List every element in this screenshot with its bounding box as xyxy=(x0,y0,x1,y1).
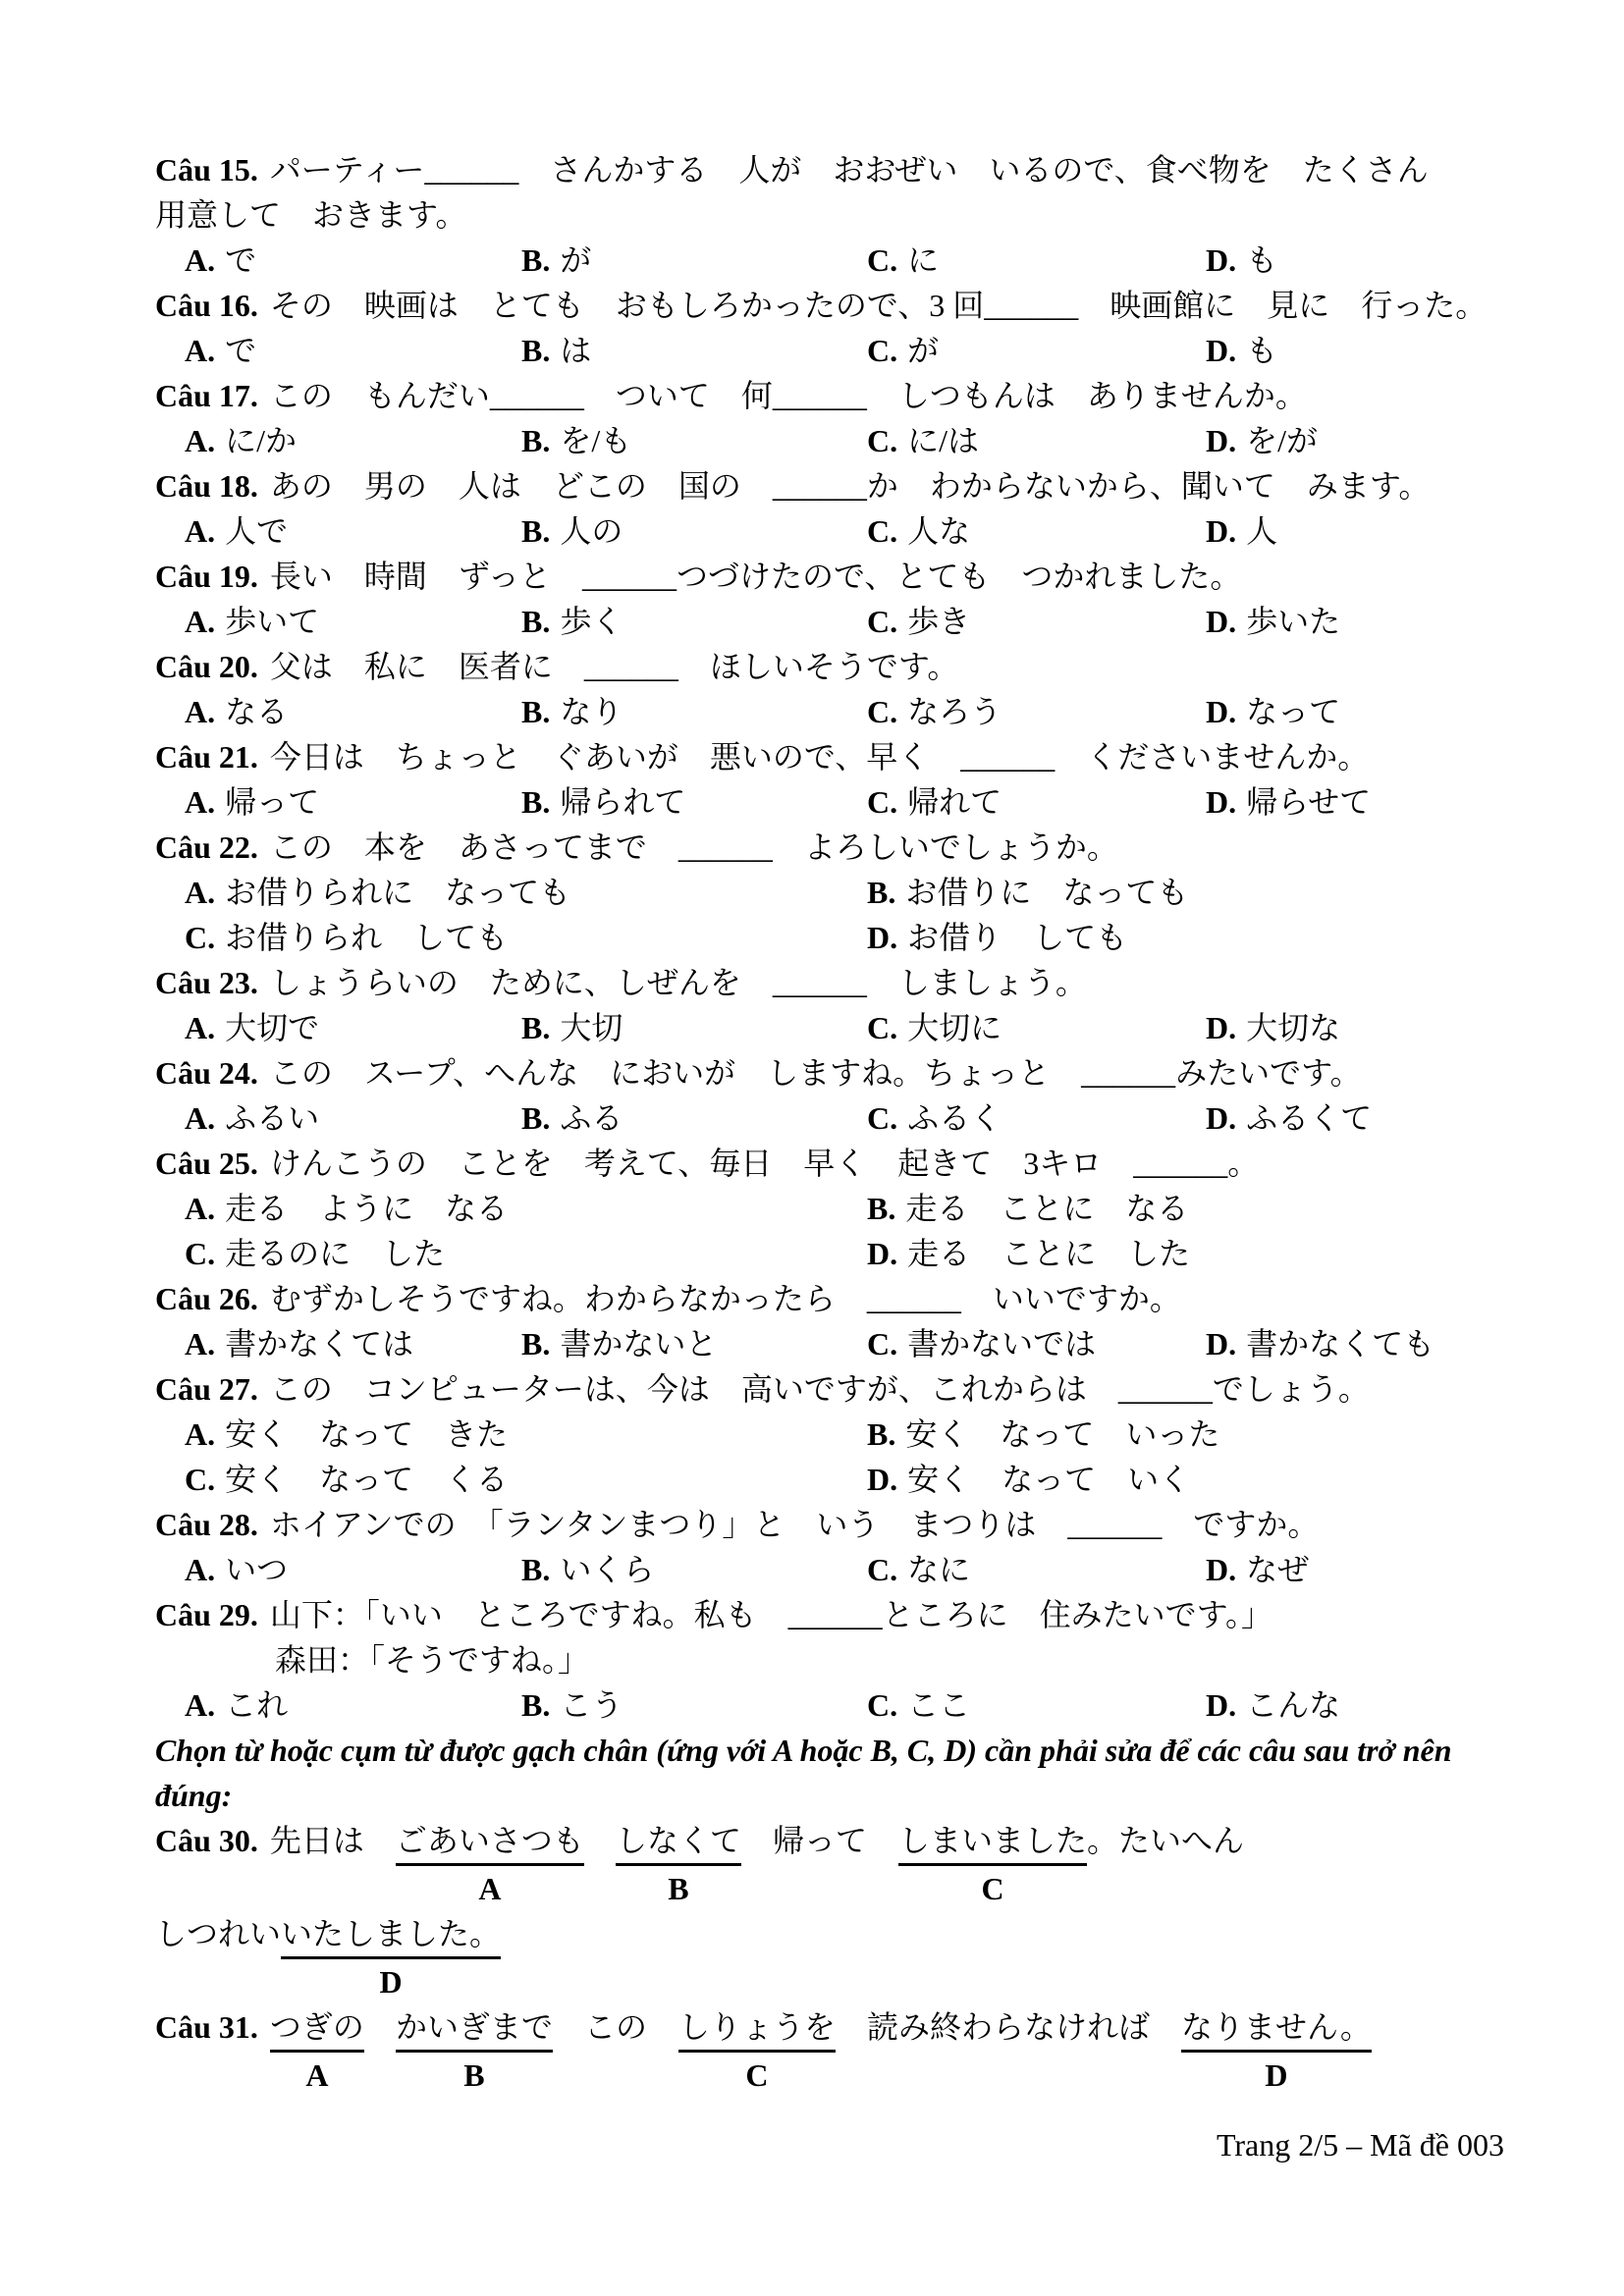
question-number: Câu 23. xyxy=(155,965,258,1000)
option-b: B.書かないと xyxy=(521,1321,867,1366)
option-letter: C. xyxy=(867,1687,897,1723)
sentence-segment: この xyxy=(553,2004,678,2095)
segment-text: いたしました。 xyxy=(281,1911,501,1959)
question-line: 森田：「そうですね。」 xyxy=(155,1637,1549,1682)
sentence-segment: しつれい xyxy=(155,1911,281,2002)
option-letter: A. xyxy=(185,694,215,729)
option-letter: D. xyxy=(867,1236,897,1271)
question-number: Câu 27. xyxy=(155,1371,258,1407)
underlined-segment: しまいましたC xyxy=(898,1818,1087,1911)
question-line: Câu 17.この もんだい______ ついて 何______ しつもんは あ… xyxy=(155,373,1549,418)
option-text: お借りられ しても xyxy=(225,920,508,955)
option-letter: C. xyxy=(867,513,897,549)
option-letter: C. xyxy=(185,1236,215,1271)
option-text: いつ xyxy=(225,1552,288,1587)
option-text: ふるく xyxy=(907,1100,1001,1136)
option-c: C.に/は xyxy=(867,418,1206,463)
option-text: 大切に xyxy=(907,1010,1001,1045)
instruction-line: đúng: xyxy=(155,1773,1549,1818)
question-27: Câu 27.この コンピューターは、今は 高いですが、これからは ______… xyxy=(155,1366,1549,1502)
option-a: A.走る ように なる xyxy=(185,1186,867,1231)
option-letter: B. xyxy=(867,875,895,910)
underline-letter: D xyxy=(281,1959,501,2004)
option-d: D.書かなくても xyxy=(1206,1321,1549,1366)
question-number: Câu 29. xyxy=(155,1597,258,1632)
question-19: Câu 19.長い 時間 ずっと ______つづけたので、とても つかれました… xyxy=(155,554,1549,644)
options-row: A.書かなくてはB.書かないとC.書かないではD.書かなくても xyxy=(155,1321,1549,1366)
question-28: Câu 28.ホイアンでの 「ランタンまつり」と いう まつりは ______ … xyxy=(155,1502,1549,1592)
segment-text: 帰って xyxy=(741,1818,898,1863)
question-number: Câu 28. xyxy=(155,1507,258,1542)
option-a: A.ふるい xyxy=(185,1095,521,1141)
question-line: Câu 21.今日は ちょっと ぐあいが 悪いので、早く ______ ください… xyxy=(155,734,1549,779)
question-23: Câu 23.しょうらいの ために、しぜんを ______ しましょう。A.大切… xyxy=(155,960,1549,1050)
question-number: Câu 17. xyxy=(155,378,258,413)
option-text: なに xyxy=(907,1552,970,1587)
question-line: Câu 20.父は 私に 医者に ______ ほしいそうです。 xyxy=(155,644,1549,689)
option-letter: D. xyxy=(867,1462,897,1497)
question-text: この スープ、へんな においが しますね。ちょっと ______みたいです。 xyxy=(270,1055,1362,1091)
letter-spacer xyxy=(1087,1863,1244,1908)
question-number: Câu 24. xyxy=(155,1055,258,1091)
options-row: A.お借りられに なってもB.お借りに なっても xyxy=(155,870,1549,915)
question-line: Câu 30. 先日は ごあいさつもA しなくてB 帰って しまいましたC。たい… xyxy=(155,1818,1549,1911)
option-letter: A. xyxy=(185,513,215,549)
options-row: A.なるB.なりC.なろうD.なって xyxy=(155,689,1549,734)
underline-letter: D xyxy=(1181,2053,1372,2098)
option-c: C.安く なって くる xyxy=(185,1457,867,1502)
question-text: 用意して おきます。 xyxy=(155,197,466,233)
question-16: Câu 16.その 映画は とても おもしろかったので、3 回______ 映画… xyxy=(155,283,1549,373)
option-text: ふるい xyxy=(225,1100,319,1136)
segment-text: 先日は xyxy=(270,1818,396,1863)
options-row: A.いつB.いくらC.なにD.なぜ xyxy=(155,1547,1549,1592)
segment-text: しなくて xyxy=(616,1818,741,1866)
option-text: 歩き xyxy=(907,604,970,639)
option-a: A.で xyxy=(185,238,521,283)
underlined-segment: ごあいさつもA xyxy=(396,1818,584,1911)
option-a: A.人で xyxy=(185,508,521,554)
option-letter: A. xyxy=(185,1326,215,1362)
option-letter: B. xyxy=(521,1100,550,1136)
exam-page: Câu 15.パーティー______ さんかする 人が おおぜい いるので、食べ… xyxy=(0,0,1624,2296)
option-letter: A. xyxy=(185,333,215,368)
option-letter: A. xyxy=(185,242,215,278)
question-number: Câu 15. xyxy=(155,152,258,187)
option-d: D.ふるくて xyxy=(1206,1095,1549,1141)
option-c: C.帰れて xyxy=(867,779,1206,825)
option-text: も xyxy=(1246,242,1277,278)
option-c: C.書かないでは xyxy=(867,1321,1206,1366)
option-a: A.書かなくては xyxy=(185,1321,521,1366)
option-a: A.安く なって きた xyxy=(185,1412,867,1457)
option-b: B.歩く xyxy=(521,599,867,644)
question-line: Câu 31. つぎのA かいぎまでB この しりょうをC 読み終わらなければ … xyxy=(155,2004,1549,2098)
question-text: 父は 私に 医者に ______ ほしいそうです。 xyxy=(270,649,958,684)
options-row: A.安く なって きたB.安く なって いった xyxy=(155,1412,1549,1457)
option-letter: A. xyxy=(185,1687,215,1723)
option-letter: D. xyxy=(1206,242,1236,278)
sentence-segment: 。たいへん xyxy=(1087,1818,1244,1908)
question-line: Câu 27.この コンピューターは、今は 高いですが、これからは ______… xyxy=(155,1366,1549,1412)
option-text: ふるくて xyxy=(1246,1100,1372,1136)
option-text: 走るのに した xyxy=(225,1236,445,1271)
option-text: お借り しても xyxy=(907,920,1127,955)
question-number: Câu 21. xyxy=(155,739,258,774)
option-text: 走る ことに した xyxy=(907,1236,1190,1271)
letter-spacer xyxy=(364,2050,396,2095)
underlined-segment: つぎのA xyxy=(270,2004,364,2098)
option-letter: D. xyxy=(1206,423,1236,458)
option-text: 安く なって くる xyxy=(225,1462,508,1497)
option-letter: A. xyxy=(185,423,215,458)
option-text: が xyxy=(907,333,939,368)
options-row: C.お借りられ してもD.お借り しても xyxy=(155,915,1549,960)
option-letter: B. xyxy=(521,513,550,549)
option-a: A.大切で xyxy=(185,1005,521,1050)
question-label-segment: Câu 31. xyxy=(155,2004,270,2095)
option-text: で xyxy=(225,333,256,368)
question-29: Câu 29.山下：「いい ところですね。私も ______ところに 住みたいで… xyxy=(155,1592,1549,1728)
option-text: 人 xyxy=(1246,513,1277,549)
question-20: Câu 20.父は 私に 医者に ______ ほしいそうです。A.なるB.なり… xyxy=(155,644,1549,734)
underline-letter: B xyxy=(396,2053,553,2098)
question-line: 用意して おきます。 xyxy=(155,192,1549,238)
option-c: C.なに xyxy=(867,1547,1206,1592)
question-label-segment: Câu 30. xyxy=(155,1818,270,1908)
option-d: D.大切な xyxy=(1206,1005,1549,1050)
option-letter: D. xyxy=(1206,1687,1236,1723)
option-text: お借りられに なっても xyxy=(225,875,570,910)
option-text: 安く なって いく xyxy=(907,1462,1190,1497)
option-text: 走る ように なる xyxy=(225,1191,508,1226)
question-line: Câu 24.この スープ、へんな においが しますね。ちょっと ______み… xyxy=(155,1050,1549,1095)
option-text: 大切な xyxy=(1246,1010,1340,1045)
option-letter: D. xyxy=(1206,784,1236,820)
option-text: に/か xyxy=(225,423,297,458)
option-text: 安く なって いった xyxy=(905,1416,1219,1452)
options-row: A.大切でB.大切C.大切にD.大切な xyxy=(155,1005,1549,1050)
segment-text xyxy=(584,1818,616,1863)
option-letter: B. xyxy=(521,1010,550,1045)
option-b: B.大切 xyxy=(521,1005,867,1050)
letter-spacer xyxy=(584,1863,616,1908)
segment-text: かいぎまで xyxy=(396,2004,553,2053)
question-line: Câu 19.長い 時間 ずっと ______つづけたので、とても つかれました… xyxy=(155,554,1549,599)
option-text: こんな xyxy=(1246,1687,1340,1723)
option-b: B.が xyxy=(521,238,867,283)
option-text: 帰られて xyxy=(560,784,685,820)
option-a: A.帰って xyxy=(185,779,521,825)
option-text: に/は xyxy=(907,423,979,458)
option-text: 歩いた xyxy=(1246,604,1340,639)
option-text: 大切 xyxy=(560,1010,623,1045)
instruction-line: Chọn từ hoặc cụm từ được gạch chân (ứng … xyxy=(155,1728,1549,1773)
segment-text: 読み終わらなければ xyxy=(836,2004,1181,2050)
question-21: Câu 21.今日は ちょっと ぐあいが 悪いので、早く ______ ください… xyxy=(155,734,1549,825)
option-text: 人な xyxy=(907,513,970,549)
option-text: 人で xyxy=(225,513,288,549)
question-line: Câu 29.山下：「いい ところですね。私も ______ところに 住みたいで… xyxy=(155,1592,1549,1637)
question-text: むずかしそうですね。わからなかったら ______ いいですか。 xyxy=(270,1281,1181,1316)
question-number: Câu 16. xyxy=(155,288,258,323)
option-letter: C. xyxy=(867,694,897,729)
option-a: A.で xyxy=(185,328,521,373)
question-25: Câu 25.けんこうの ことを 考えて、毎日 早く 起きて 3キロ _____… xyxy=(155,1141,1549,1276)
option-letter: D. xyxy=(1206,1552,1236,1587)
option-c: C.歩き xyxy=(867,599,1206,644)
option-text: 帰れて xyxy=(907,784,1001,820)
underlined-segment: なりません。D xyxy=(1181,2004,1372,2098)
segment-text xyxy=(364,2004,396,2050)
question-18: Câu 18.あの 男の 人は どこの 国の ______か わからないから、聞… xyxy=(155,463,1549,554)
option-text: に xyxy=(907,242,939,278)
option-c: C.人な xyxy=(867,508,1206,554)
option-text: 書かなくては xyxy=(225,1326,413,1362)
option-letter: A. xyxy=(185,1100,215,1136)
option-text: を/が xyxy=(1246,423,1318,458)
option-b: B.走る ことに なる xyxy=(867,1186,1549,1231)
option-text: 帰らせて xyxy=(1246,784,1371,820)
option-b: B.いくら xyxy=(521,1547,867,1592)
question-number: Câu 26. xyxy=(155,1281,258,1316)
question-line: Câu 23.しょうらいの ために、しぜんを ______ しましょう。 xyxy=(155,960,1549,1005)
question-line: Câu 16.その 映画は とても おもしろかったので、3 回______ 映画… xyxy=(155,283,1549,328)
question-number: Câu 19. xyxy=(155,559,258,594)
question-26: Câu 26.むずかしそうですね。わからなかったら ______ いいですか。A… xyxy=(155,1276,1549,1366)
option-a: A.なる xyxy=(185,689,521,734)
option-letter: D. xyxy=(1206,694,1236,729)
underline-letter: A xyxy=(396,1866,584,1911)
option-letter: A. xyxy=(185,1191,215,1226)
option-c: C.が xyxy=(867,328,1206,373)
sentence-segment xyxy=(364,2004,396,2095)
options-row: A.これB.こうC.ここD.こんな xyxy=(155,1682,1549,1728)
underline-letter: B xyxy=(616,1866,741,1911)
question-17: Câu 17.この もんだい______ ついて 何______ しつもんは あ… xyxy=(155,373,1549,463)
underline-letter: C xyxy=(898,1866,1087,1911)
options-row: A.歩いてB.歩くC.歩きD.歩いた xyxy=(155,599,1549,644)
option-d: D.帰らせて xyxy=(1206,779,1549,825)
option-letter: A. xyxy=(185,1552,215,1587)
option-b: B.なり xyxy=(521,689,867,734)
option-letter: A. xyxy=(185,1010,215,1045)
question-text: ホイアンでの 「ランタンまつり」と いう まつりは ______ ですか。 xyxy=(270,1507,1319,1542)
option-letter: C. xyxy=(867,242,897,278)
option-text: なり xyxy=(560,694,623,729)
option-letter: C. xyxy=(867,1010,897,1045)
options-row: A.帰ってB.帰られてC.帰れてD.帰らせて xyxy=(155,779,1549,825)
option-text: は xyxy=(560,333,591,368)
option-text: を/も xyxy=(560,423,631,458)
options-row: A.でB.がC.にD.も xyxy=(155,238,1549,283)
option-d: D.も xyxy=(1206,328,1549,373)
option-b: B.人の xyxy=(521,508,867,554)
options-row: C.安く なって くるD.安く なって いく xyxy=(155,1457,1549,1502)
letter-spacer xyxy=(553,2050,678,2095)
option-letter: D. xyxy=(867,920,897,955)
question-text: この もんだい______ ついて 何______ しつもんは ありませんか。 xyxy=(270,378,1307,413)
question-list: Câu 15.パーティー______ さんかする 人が おおぜい いるので、食べ… xyxy=(155,147,1549,2098)
underline-letter: C xyxy=(678,2053,836,2098)
question-line: しつれい いたしました。D xyxy=(155,1911,1549,2004)
question-number: Câu 22. xyxy=(155,829,258,865)
segment-text: なりません。 xyxy=(1181,2004,1372,2053)
option-text: これ xyxy=(225,1687,288,1723)
option-a: A.に/か xyxy=(185,418,521,463)
question-line: Câu 26.むずかしそうですね。わからなかったら ______ いいですか。 xyxy=(155,1276,1549,1321)
option-a: A.いつ xyxy=(185,1547,521,1592)
option-text: 安く なって きた xyxy=(225,1416,508,1452)
options-row: A.人でB.人のC.人なD.人 xyxy=(155,508,1549,554)
option-letter: C. xyxy=(867,1552,897,1587)
option-letter: C. xyxy=(867,1100,897,1136)
option-text: こう xyxy=(560,1687,623,1723)
option-letter: A. xyxy=(185,1416,215,1452)
segment-text: しつれい xyxy=(155,1911,281,1956)
underlined-segment: かいぎまでB xyxy=(396,2004,553,2098)
option-text: なぜ xyxy=(1246,1552,1309,1587)
option-text: お借りに なっても xyxy=(905,875,1188,910)
option-d: D.も xyxy=(1206,238,1549,283)
option-c: C.走るのに した xyxy=(185,1231,867,1276)
question-number: Câu 30. xyxy=(155,1818,270,1863)
option-text: 人の xyxy=(560,513,623,549)
option-letter: D. xyxy=(1206,604,1236,639)
question-number: Câu 25. xyxy=(155,1146,258,1181)
option-letter: A. xyxy=(185,875,215,910)
option-letter: B. xyxy=(521,242,550,278)
option-letter: B. xyxy=(521,423,550,458)
option-text: いくら xyxy=(560,1552,654,1587)
option-text: 書かないでは xyxy=(907,1326,1096,1362)
question-31: Câu 31. つぎのA かいぎまでB この しりょうをC 読み終わらなければ … xyxy=(155,2004,1549,2098)
segment-text: しまいました xyxy=(898,1818,1087,1866)
question-line: Câu 18.あの 男の 人は どこの 国の ______か わからないから、聞… xyxy=(155,463,1549,508)
question-text: この コンピューターは、今は 高いですが、これからは ______でしょう。 xyxy=(270,1371,1370,1407)
question-line: Câu 28.ホイアンでの 「ランタンまつり」と いう まつりは ______ … xyxy=(155,1502,1549,1547)
option-d: D.走る ことに した xyxy=(867,1231,1549,1276)
option-d: D.なって xyxy=(1206,689,1549,734)
option-text: なろう xyxy=(907,694,1001,729)
option-text: 書かなくても xyxy=(1246,1326,1435,1362)
option-letter: D. xyxy=(1206,1326,1236,1362)
option-text: 帰って xyxy=(225,784,319,820)
question-text: しょうらいの ために、しぜんを ______ しましょう。 xyxy=(270,965,1087,1000)
underlined-segment: しりょうをC xyxy=(678,2004,836,2098)
option-c: C.ここ xyxy=(867,1682,1206,1728)
option-text: 書かないと xyxy=(560,1326,717,1362)
option-d: D.歩いた xyxy=(1206,599,1549,644)
segment-text: ごあいさつも xyxy=(396,1818,584,1866)
options-row: C.走るのに したD.走る ことに した xyxy=(155,1231,1549,1276)
option-text: 歩く xyxy=(560,604,623,639)
option-text: 走る ことに なる xyxy=(905,1191,1188,1226)
option-d: D.お借り しても xyxy=(867,915,1549,960)
option-letter: B. xyxy=(521,333,550,368)
option-d: D.を/が xyxy=(1206,418,1549,463)
option-letter: C. xyxy=(867,1326,897,1362)
option-letter: D. xyxy=(1206,1100,1236,1136)
question-line: Câu 15.パーティー______ さんかする 人が おおぜい いるので、食べ… xyxy=(155,147,1549,192)
option-d: D.こんな xyxy=(1206,1682,1549,1728)
option-letter: C. xyxy=(867,333,897,368)
underlined-segment: しなくてB xyxy=(616,1818,741,1911)
question-15: Câu 15.パーティー______ さんかする 人が おおぜい いるので、食べ… xyxy=(155,147,1549,283)
option-text: なって xyxy=(1246,694,1340,729)
option-text: ふる xyxy=(560,1100,623,1136)
sentence-segment: 帰って xyxy=(741,1818,898,1908)
letter-spacer xyxy=(836,2050,1181,2095)
section-instruction: Chọn từ hoặc cụm từ được gạch chân (ứng … xyxy=(155,1728,1549,1818)
option-text: で xyxy=(225,242,256,278)
question-24: Câu 24.この スープ、へんな においが しますね。ちょっと ______み… xyxy=(155,1050,1549,1141)
segment-text: つぎの xyxy=(270,2004,364,2053)
question-text: 長い 時間 ずっと ______つづけたので、とても つかれました。 xyxy=(270,559,1241,594)
option-text: ここ xyxy=(907,1687,970,1723)
option-letter: B. xyxy=(521,604,550,639)
options-row: A.走る ように なるB.走る ことに なる xyxy=(155,1186,1549,1231)
option-b: B.を/も xyxy=(521,418,867,463)
question-30: Câu 30. 先日は ごあいさつもA しなくてB 帰って しまいましたC。たい… xyxy=(155,1818,1549,2004)
option-letter: A. xyxy=(185,784,215,820)
option-letter: D. xyxy=(1206,513,1236,549)
option-letter: C. xyxy=(185,920,215,955)
option-letter: B. xyxy=(867,1191,895,1226)
option-a: A.これ xyxy=(185,1682,521,1728)
option-letter: C. xyxy=(867,423,897,458)
options-row: A.に/かB.を/もC.に/はD.を/が xyxy=(155,418,1549,463)
question-22: Câu 22.この 本を あさってまで ______ よろしいでしょうか。A.お… xyxy=(155,825,1549,960)
option-letter: B. xyxy=(867,1416,895,1452)
option-a: A.歩いて xyxy=(185,599,521,644)
options-row: A.でB.はC.がD.も xyxy=(155,328,1549,373)
option-c: C.お借りられ しても xyxy=(185,915,867,960)
option-letter: C. xyxy=(867,784,897,820)
option-b: B.こう xyxy=(521,1682,867,1728)
question-text: 森田：「そうですね。」 xyxy=(275,1642,589,1678)
segment-text: この xyxy=(553,2004,678,2050)
option-text: が xyxy=(560,242,591,278)
option-letter: B. xyxy=(521,694,550,729)
option-a: A.お借りられに なっても xyxy=(185,870,867,915)
segment-text: しりょうを xyxy=(678,2004,836,2053)
letter-spacer xyxy=(155,2050,270,2095)
question-text: 山下：「いい ところですね。私も ______ところに 住みたいです。」 xyxy=(270,1597,1272,1632)
question-line: Câu 22.この 本を あさってまで ______ よろしいでしょうか。 xyxy=(155,825,1549,870)
question-number: Câu 31. xyxy=(155,2004,270,2050)
option-c: C.に xyxy=(867,238,1206,283)
question-text: パーティー______ さんかする 人が おおぜい いるので、食べ物を たくさん xyxy=(270,152,1429,187)
option-b: B.帰られて xyxy=(521,779,867,825)
option-d: D.安く なって いく xyxy=(867,1457,1549,1502)
question-number: Câu 20. xyxy=(155,649,258,684)
page-footer: Trang 2/5 – Mã đề 003 xyxy=(1217,2122,1504,2167)
option-text: 大切で xyxy=(225,1010,319,1045)
sentence-segment: 先日は xyxy=(270,1818,396,1908)
option-letter: C. xyxy=(867,604,897,639)
question-text: あの 男の 人は どこの 国の ______か わからないから、聞いて みます。 xyxy=(270,468,1430,504)
option-letter: D. xyxy=(1206,1010,1236,1045)
option-c: C.ふるく xyxy=(867,1095,1206,1141)
option-letter: C. xyxy=(185,1462,215,1497)
options-row: A.ふるいB.ふるC.ふるくD.ふるくて xyxy=(155,1095,1549,1141)
sentence-segment: 読み終わらなければ xyxy=(836,2004,1181,2095)
option-d: D.人 xyxy=(1206,508,1549,554)
underlined-segment: いたしました。D xyxy=(281,1911,501,2004)
option-letter: A. xyxy=(185,604,215,639)
letter-spacer xyxy=(270,1863,396,1908)
